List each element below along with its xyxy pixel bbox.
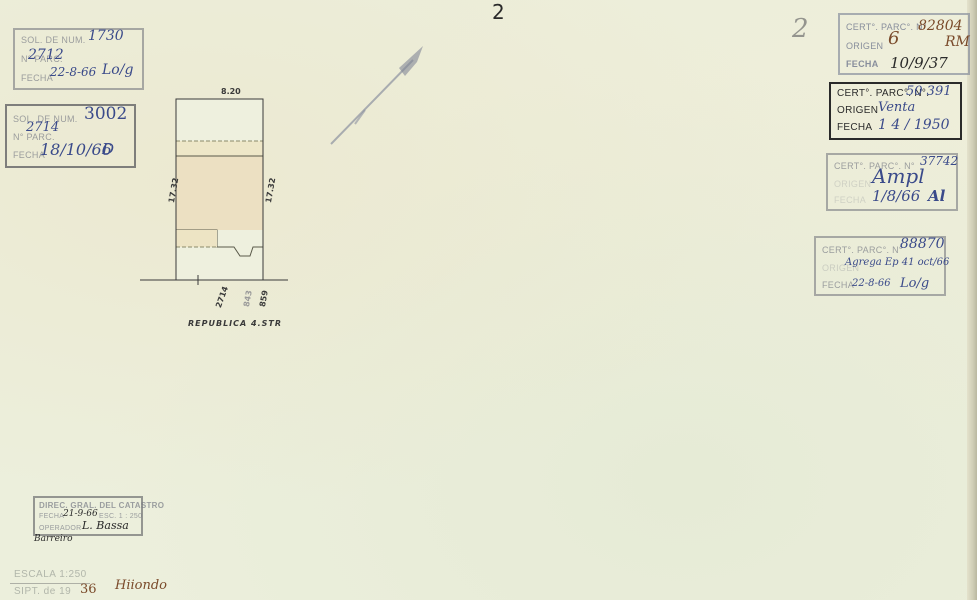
north-arrow-icon <box>325 40 435 150</box>
initial: D <box>102 140 114 158</box>
signature: Lo/g <box>900 276 929 291</box>
origin: 6 <box>888 28 899 49</box>
stamp-label-cert: CERT°. PARC°. N° <box>822 245 903 255</box>
street-name: REPUBLICA 4.STR <box>188 319 282 328</box>
catastro-label-fecha: FECHA <box>39 513 64 520</box>
stamp-label-fecha: FECHA <box>846 59 879 69</box>
stamp-label-fecha: FECHA <box>822 280 854 290</box>
divider <box>10 583 90 584</box>
cert-number: 82804 <box>918 18 963 34</box>
cadastral-sheet: 2 2 SOL. de NUM. N° PARC. FECHA 1730 271… <box>0 0 977 600</box>
sol-number: 1730 <box>88 28 124 44</box>
scale-label: ESCALA 1:250 <box>14 569 87 580</box>
cert-number: 50 391 <box>906 84 952 99</box>
page-number-right: 2 <box>792 14 809 44</box>
origin: Agrega Ep 41 oct/66 <box>845 257 949 268</box>
cert-number: 37742 <box>920 154 958 168</box>
catastro-below: Barreiro <box>34 534 73 544</box>
parcel-plan <box>140 85 300 295</box>
date: 22-8-66 <box>852 278 891 289</box>
catastro-label-operador: OPERADOR <box>39 525 81 532</box>
stamp-label-origen: ORIGEN <box>837 105 878 116</box>
catastro-operator: L. Bassa <box>82 519 129 532</box>
origin: Venta <box>878 100 915 115</box>
sipt-number: 36 <box>80 582 97 597</box>
stamp-label-sol: SOL. de NUM. <box>21 35 86 45</box>
street-number: 843 <box>242 290 254 308</box>
stamp-label-cert: CERT°. PARC°. N° <box>846 22 927 32</box>
catastro-title: DIREC. GRAL. DEL CATASTRO <box>39 501 164 510</box>
stamp-label-fecha: FECHA <box>837 122 872 133</box>
sol-number: 3002 <box>84 104 127 124</box>
parcel-number: 2714 <box>26 120 59 135</box>
stamp-label-fecha: FECHA <box>834 195 866 205</box>
stamp-label-fecha: FECHA <box>21 73 53 83</box>
stamp-label-origen: ORIGEN <box>846 41 883 51</box>
date: 22-8-66 <box>50 65 96 79</box>
street-number: 859 <box>258 290 270 308</box>
page-number-top: 2 <box>492 0 505 24</box>
date: 1/8/66 <box>872 187 920 205</box>
sipt-label: SIPT. de 19 <box>14 586 71 597</box>
footer-signature: Hiiondo <box>115 578 167 593</box>
date: 1 4 / 1950 <box>878 117 950 133</box>
signature: Lo/g <box>102 62 133 78</box>
cert-number: 88870 <box>900 236 945 252</box>
initials: RM <box>945 34 970 50</box>
parcel-number: 2712 <box>28 47 64 63</box>
paper-edge <box>967 0 977 600</box>
stamp-label-origen: ORIGEN <box>834 179 871 189</box>
plan-top-dimension: 8.20 <box>221 87 241 96</box>
catastro-date: 21-9-66 <box>63 509 98 519</box>
origin: Ampl <box>872 164 925 188</box>
initials: Al <box>928 187 945 205</box>
date: 10/9/37 <box>890 54 948 72</box>
